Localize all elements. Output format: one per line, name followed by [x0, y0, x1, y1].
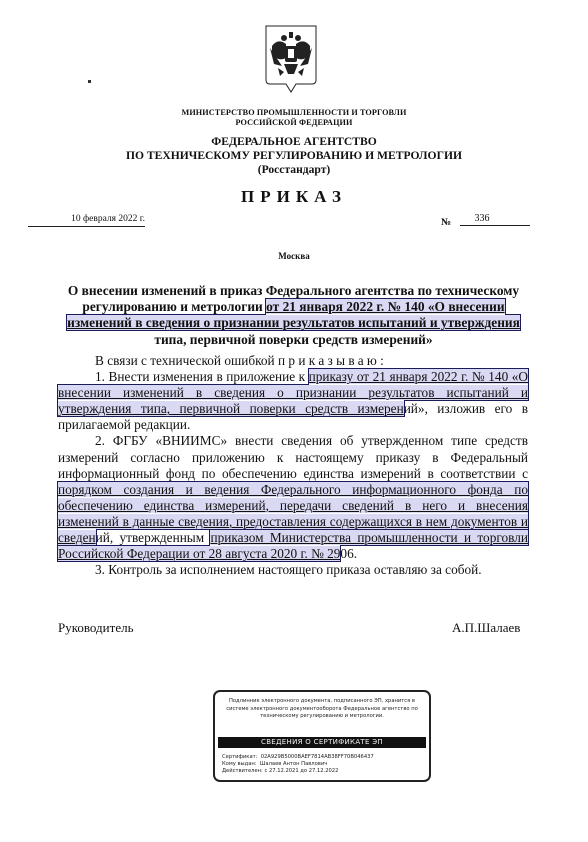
scan-speck	[88, 80, 91, 83]
agency-line-1: ФЕДЕРАЛЬНОЕ АГЕНТСТВО	[0, 135, 588, 149]
signer-role: Руководитель	[58, 620, 134, 636]
e-signature-stamp: Подлинник электронного документа, подпис…	[213, 690, 431, 782]
document-title: ПРИКАЗ	[0, 187, 588, 207]
item-3: 3. Контроль за исполнением настоящего пр…	[58, 562, 528, 578]
intro-order-word: приказываю:	[278, 353, 387, 368]
order-number-label: №	[441, 217, 451, 228]
order-number-field: 336	[460, 212, 530, 226]
order-body: В связи с технической ошибкой приказываю…	[58, 353, 528, 578]
stamp-certificate-header: СВЕДЕНИЯ О СЕРТИФИКАТЕ ЭП	[218, 737, 426, 748]
item-2-text-end: 06.	[340, 546, 357, 561]
ministry-line-1: МИНИСТЕРСТВО ПРОМЫШЛЕННОСТИ И ТОРГОВЛИ	[0, 108, 588, 118]
heading-text-end: типа, первичной поверки средств измерени…	[154, 332, 432, 347]
order-date: 10 февраля 2022 г.	[28, 213, 145, 227]
agency-line-2: ПО ТЕХНИЧЕСКОМУ РЕГУЛИРОВАНИЮ И МЕТРОЛОГ…	[0, 149, 588, 163]
order-heading: О внесении изменений в приказ Федерально…	[56, 283, 531, 348]
cert-value: 02A929B5000BAEF7814AB38FF70B046437	[261, 754, 374, 760]
signer-name: А.П.Шалаев	[452, 620, 520, 636]
item-1-text: 1. Внести изменения в приложение к	[95, 369, 309, 384]
stamp-cert-row: Сертификат: 02A929B5000BAEF7814AB38FF70B…	[222, 754, 374, 761]
city: Москва	[0, 251, 588, 261]
intro-paragraph: В связи с технической ошибкой приказываю…	[58, 353, 528, 369]
intro-text: В связи с технической ошибкой	[95, 353, 278, 368]
stamp-description: Подлинник электронного документа, подпис…	[219, 698, 425, 721]
agency-name: ФЕДЕРАЛЬНОЕ АГЕНТСТВО ПО ТЕХНИЧЕСКОМУ РЕ…	[0, 135, 588, 177]
agency-short-name: (Росстандарт)	[0, 163, 588, 177]
stamp-certificate-details: Сертификат: 02A929B5000BAEF7814AB38FF70B…	[222, 754, 374, 776]
order-number: 336	[475, 213, 490, 224]
item-2: 2. ФГБУ «ВНИИМС» внести сведения об утве…	[58, 433, 528, 562]
item-2-text: 2. ФГБУ «ВНИИМС» внести сведения об утве…	[58, 433, 528, 480]
ministry-name: МИНИСТЕРСТВО ПРОМЫШЛЕННОСТИ И ТОРГОВЛИ Р…	[0, 108, 588, 128]
coat-of-arms-icon	[264, 24, 318, 94]
issued-value: Шалаев Антон Павлович	[260, 761, 327, 767]
ministry-line-2: РОССИЙСКОЙ ФЕДЕРАЦИИ	[0, 118, 588, 128]
stamp-valid-row: Действителен: с 27.12.2021 до 27.12.2022	[222, 768, 374, 775]
item-1: 1. Внести изменения в приложение к прика…	[58, 369, 528, 433]
valid-value: с 27.12.2021 до 27.12.2022	[264, 768, 338, 774]
item-2-text-middle: ий, утвержденным	[96, 530, 211, 545]
cert-label: Сертификат:	[222, 754, 257, 761]
valid-label: Действителен:	[222, 768, 263, 775]
